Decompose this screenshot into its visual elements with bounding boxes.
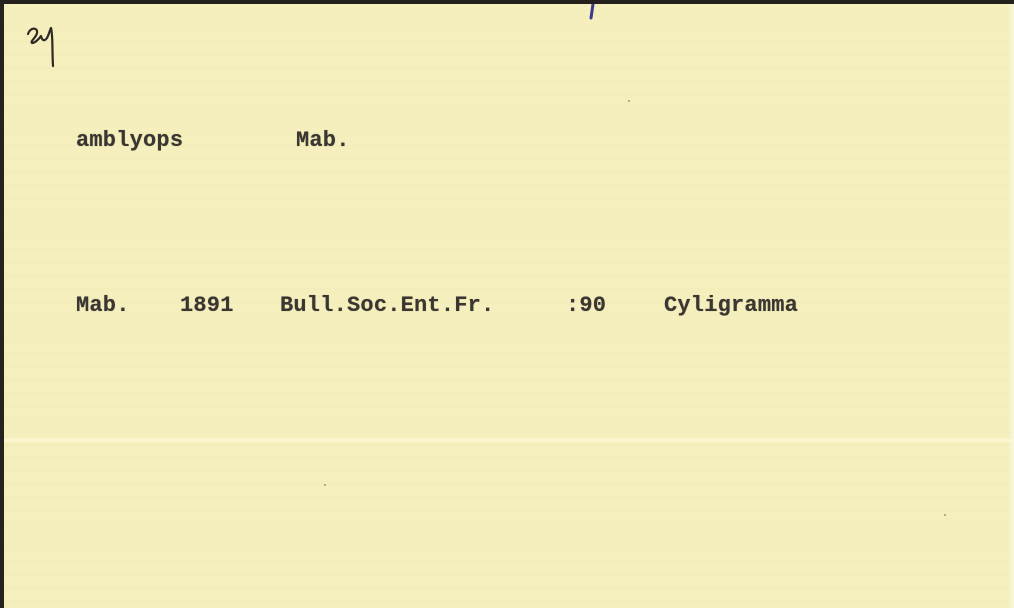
- reference-year: 1891: [180, 293, 234, 318]
- paper-speck: [324, 484, 326, 486]
- blue-ink-mark: [588, 4, 596, 20]
- paper-speck: [628, 100, 630, 102]
- index-card: amblyops Mab. Mab. 1891 Bull.Soc.Ent.Fr.…: [4, 4, 1014, 608]
- species-author: Mab.: [296, 128, 350, 153]
- paper-speck: [944, 514, 946, 516]
- handwritten-number-annotation: [26, 24, 66, 74]
- reference-page: :90: [566, 293, 606, 318]
- reference-publication: Bull.Soc.Ent.Fr.: [280, 293, 494, 318]
- species-name: amblyops: [76, 128, 183, 153]
- reference-genus: Cyligramma: [664, 293, 798, 318]
- reference-author: Mab.: [76, 293, 130, 318]
